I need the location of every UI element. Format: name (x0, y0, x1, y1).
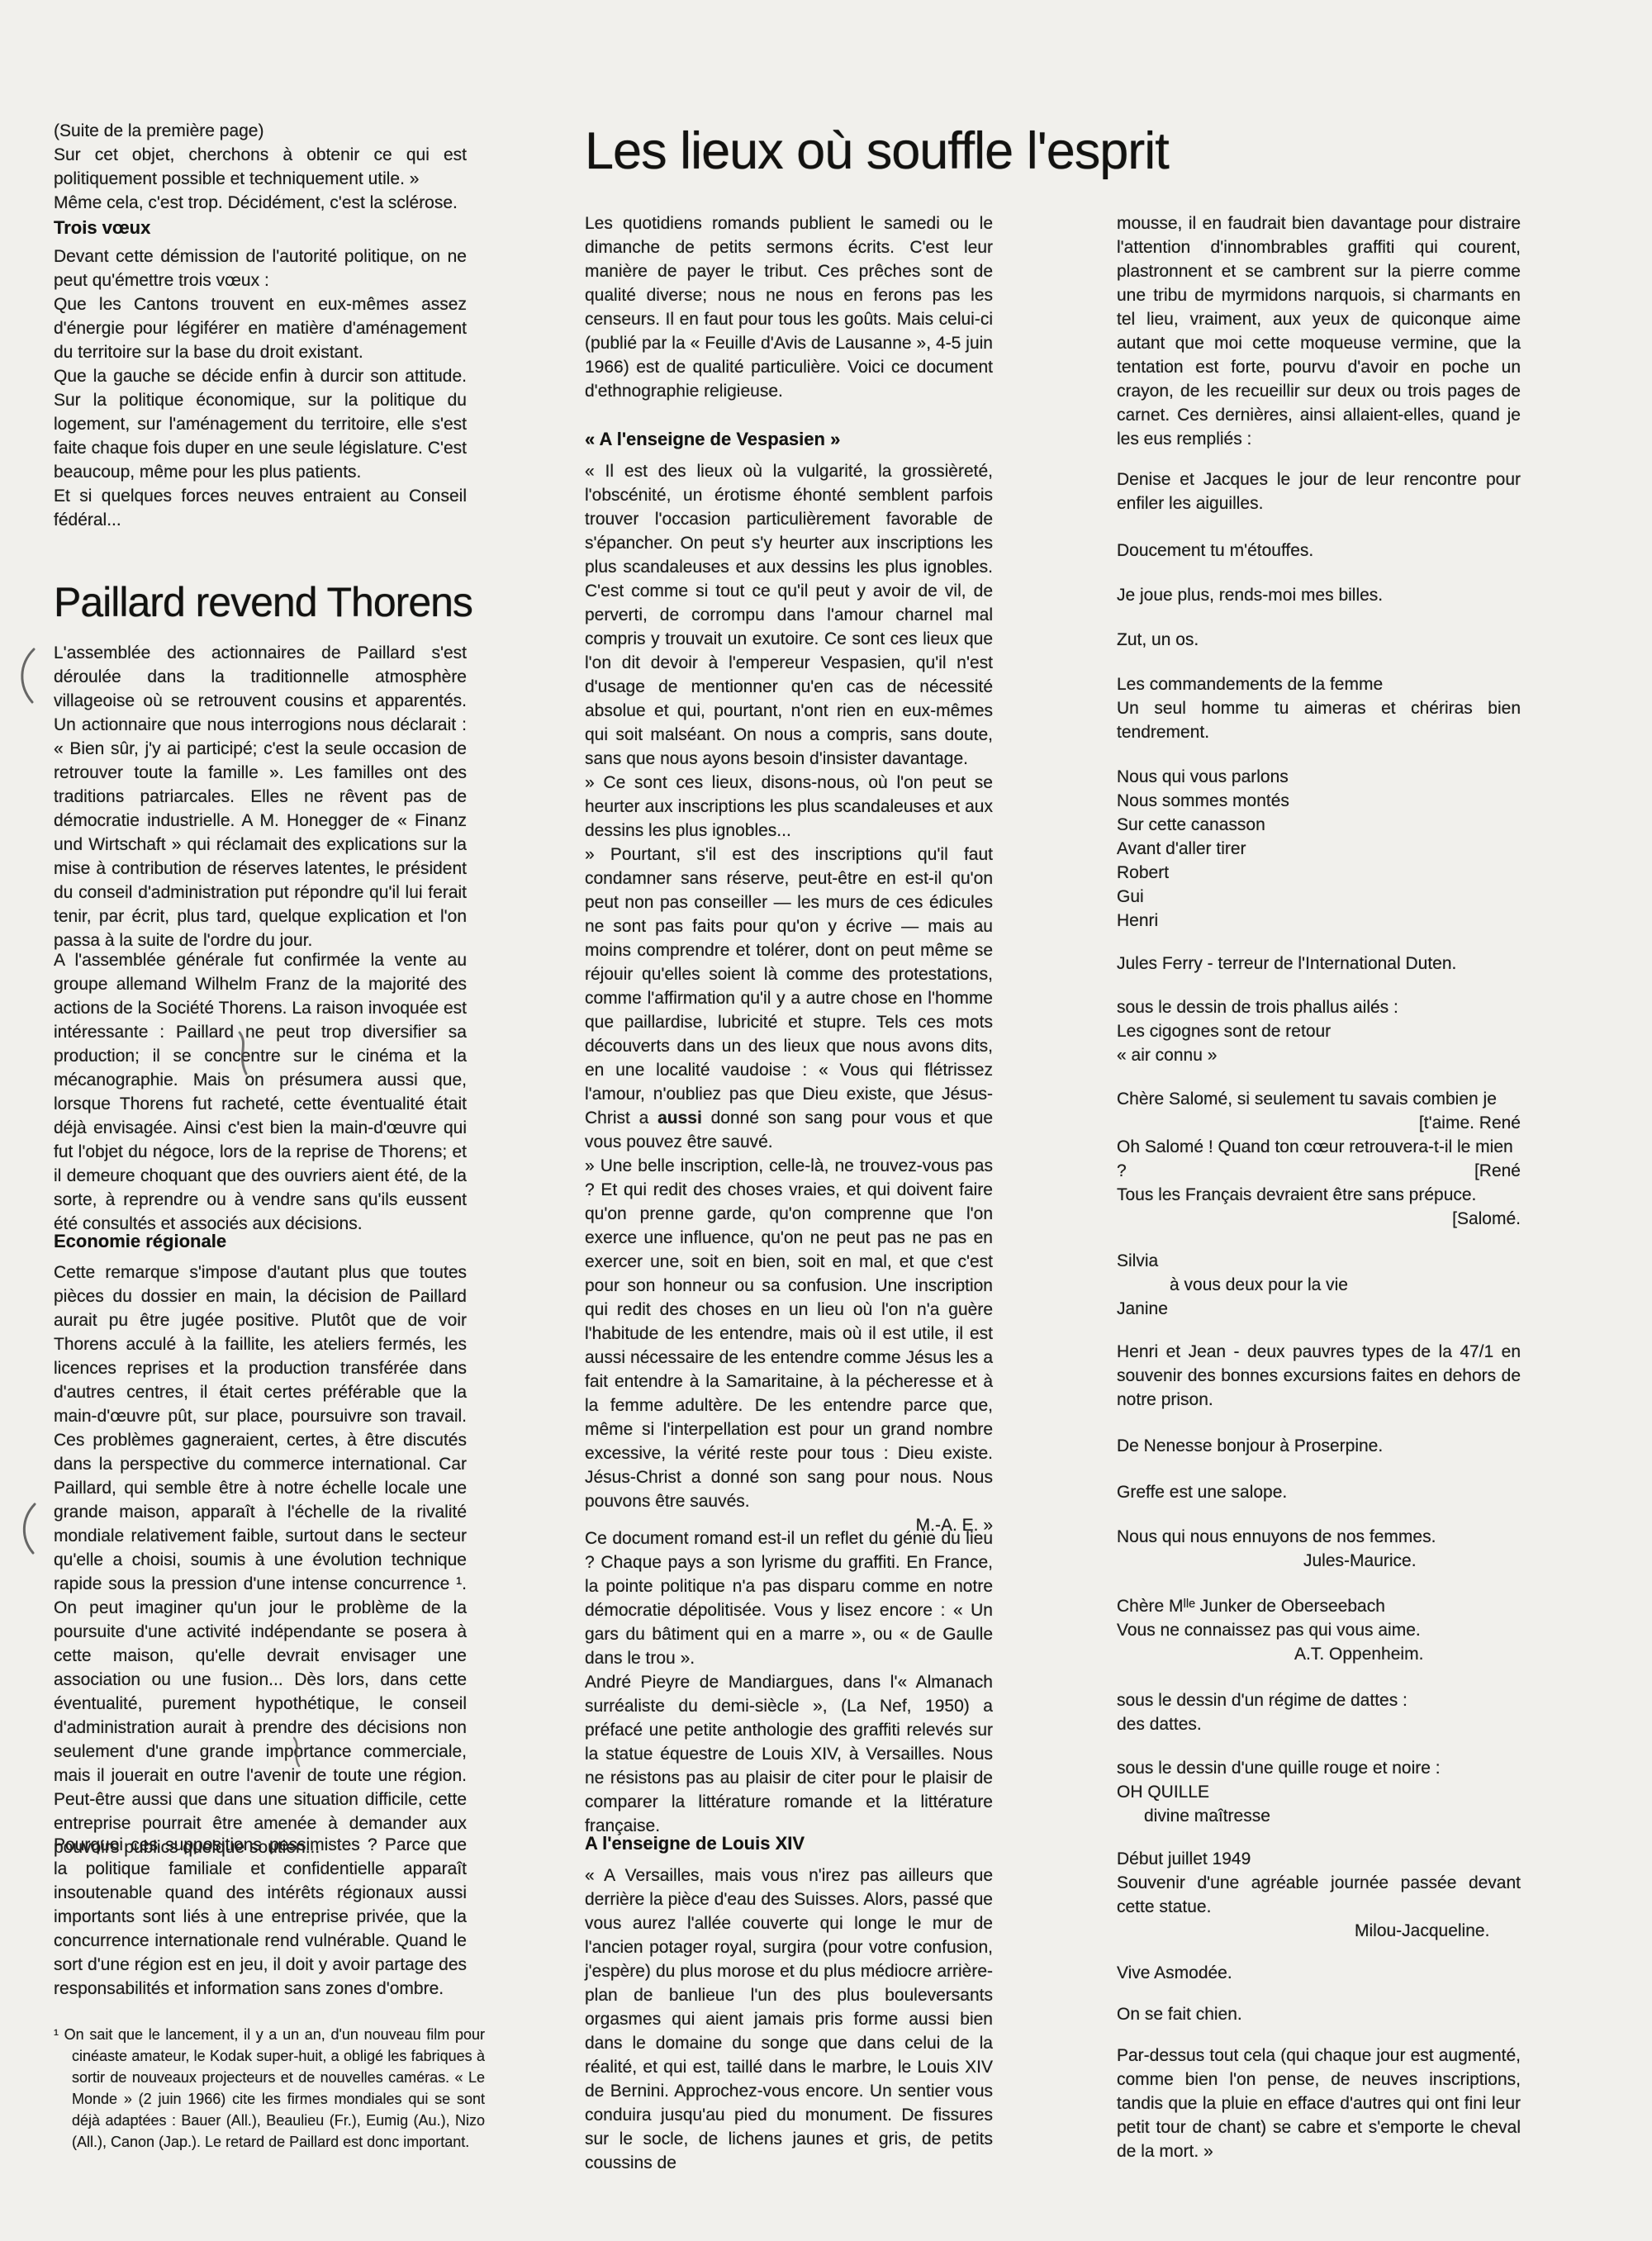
vespasien-para-3-bold: aussi (657, 1109, 702, 1128)
voeux-para-2: Que les Cantons trouvent en eux-mêmes as… (54, 292, 467, 364)
graffiti-zut: Zut, un os. (1117, 628, 1521, 652)
voeux-para-3: Que la gauche se décide enfin à durcir s… (54, 364, 467, 484)
document-romand-para: Ce document romand est-il un reflet du g… (585, 1526, 993, 1670)
graffiti-qui-vous-aime: Vous ne connaissez pas qui vous aime. (1117, 1618, 1521, 1642)
graffiti-intro-para: mousse, il en faudrait bien davantage po… (1117, 211, 1521, 451)
left-intro-para-1: Sur cet objet, cherchons à obtenir ce qu… (54, 143, 467, 191)
graffiti-cigognes: Les cigognes sont de retour (1117, 1019, 1521, 1043)
graffiti-oppenheim: A.T. Oppenheim. (1117, 1642, 1521, 1666)
graffiti-poeme-l3: Sur cette canasson (1117, 813, 1521, 837)
newspaper-page: (Suite de la première page) Sur cet obje… (0, 0, 1652, 2241)
graffiti-debut-juillet: Début juillet 1949 (1117, 1847, 1521, 1871)
graffiti-air-connu: « air connu » (1117, 1043, 1521, 1067)
graffiti-phallus-legende: sous le dessin de trois phallus ailés : (1117, 995, 1521, 1019)
lieux-intro: Les quotidiens romands publient le samed… (585, 211, 993, 403)
vespasien-para-3-pre: » Pourtant, s'il est des inscriptions qu… (585, 845, 993, 1128)
vespasien-para-1: « Il est des lieux où la vulgarité, la g… (585, 459, 993, 771)
headline-paillard: Paillard revend Thorens (54, 578, 467, 626)
pen-mark-squiggle-1 (235, 1031, 254, 1081)
graffiti-prepuce: Tous les Français devraient être sans pr… (1117, 1183, 1521, 1207)
pen-mark-squiggle-2 (291, 1736, 304, 1773)
graffiti-poeme-l4: Avant d'aller tirer (1117, 837, 1521, 861)
heading-economie-regionale: Economie régionale (54, 1230, 467, 1253)
heading-trois-voeux: Trois vœux (54, 216, 467, 240)
graffiti-commandements-texte: Un seul homme tu aimeras et chériras bie… (1117, 696, 1521, 744)
paillard-para-2: A l'assemblée générale fut confirmée la … (54, 948, 467, 1236)
graffiti-doucement: Doucement tu m'étouffes. (1117, 539, 1521, 563)
voeux-para-4: Et si quelques forces neuves entraient a… (54, 484, 467, 532)
graffiti-poeme-henri: Henri (1117, 909, 1521, 933)
graffiti-billes: Je joue plus, rends-moi mes billes. (1117, 583, 1521, 607)
graffiti-quille-legende: sous le dessin d'une quille rouge et noi… (1117, 1756, 1521, 1780)
graffiti-henri-jean: Henri et Jean - deux pauvres types de la… (1117, 1340, 1521, 1412)
graffiti-divine-maitresse: divine maîtresse (1117, 1804, 1521, 1828)
graffiti-poeme-l2: Nous sommes montés (1117, 789, 1521, 813)
footnote-kodak: ¹ On sait que le lancement, il y a un an… (54, 2024, 485, 2153)
graffiti-souvenir: Souvenir d'une agréable journée passée d… (1117, 1871, 1521, 1919)
paillard-para-1: L'assemblée des actionnaires de Paillard… (54, 641, 467, 952)
vespasien-para-2: » Ce sont ces lieux, disons-nous, où l'o… (585, 771, 993, 843)
graffiti-jules-maurice: Jules-Maurice. (1117, 1549, 1521, 1573)
graffiti-denise: Denise et Jacques le jour de leur rencon… (1117, 468, 1521, 515)
pen-mark-paren-2 (15, 1502, 40, 1560)
graffiti-oh-quille: OH QUILLE (1117, 1780, 1521, 1804)
vespasien-para-3: » Pourtant, s'il est des inscriptions qu… (585, 843, 993, 1154)
voeux-para-1: Devant cette démission de l'autorité pol… (54, 245, 467, 292)
graffiti-chere-salome: Chère Salomé, si seulement tu savais com… (1117, 1087, 1521, 1111)
graffiti-final-para: Par-dessus tout cela (qui chaque jour es… (1117, 2044, 1521, 2163)
pourquoi-para: Pourquoi ces suppositions pessimistes ? … (54, 1833, 467, 2001)
graffiti-des-dattes: des dattes. (1117, 1712, 1521, 1736)
heading-louis-xiv: A l'enseigne de Louis XIV (585, 1832, 993, 1855)
continuation-note: (Suite de la première page) (54, 119, 467, 143)
vespasien-para-4: » Une belle inscription, celle-là, ne tr… (585, 1154, 993, 1513)
right-column: mousse, il en faudrait bien davantage po… (1117, 0, 1521, 2241)
graffiti-greffe: Greffe est une salope. (1117, 1480, 1521, 1504)
economie-para: Cette remarque s'impose d'autant plus qu… (54, 1261, 467, 1859)
left-intro-para-2: Même cela, c'est trop. Décidément, c'est… (54, 191, 467, 215)
graffiti-a-vous-deux: à vous deux pour la vie (1117, 1273, 1521, 1297)
versailles-para: « A Versailles, mais vous n'irez pas ail… (585, 1864, 993, 2175)
graffiti-poeme-l1: Nous qui vous parlons (1117, 765, 1521, 789)
vespasien-body: « Il est des lieux où la vulgarité, la g… (585, 459, 993, 1537)
graffiti-nenesse: De Nenesse bonjour à Proserpine. (1117, 1434, 1521, 1458)
graffiti-jules-ferry: Jules Ferry - terreur de l'International… (1117, 952, 1521, 976)
graffiti-milou-jacqueline: Milou-Jacqueline. (1117, 1919, 1521, 1943)
graffiti-chien: On se fait chien. (1117, 2002, 1521, 2026)
headline-les-lieux: Les lieux où souffle l'esprit (585, 122, 993, 180)
pen-mark-paren-1 (13, 646, 38, 710)
graffiti-commandements-titre: Les commandements de la femme (1117, 672, 1521, 696)
left-column: (Suite de la première page) Sur cet obje… (54, 0, 467, 2241)
graffiti-salome-sig: [Salomé. (1117, 1207, 1521, 1231)
center-column: Les lieux où souffle l'esprit Les quotid… (585, 0, 993, 2241)
graffiti-janine: Janine (1117, 1297, 1521, 1321)
graffiti-asmodee: Vive Asmodée. (1117, 1961, 1521, 1985)
graffiti-ennuyons: Nous qui nous ennuyons de nos femmes. (1117, 1525, 1521, 1549)
graffiti-poeme-gui: Gui (1117, 885, 1521, 909)
graffiti-rene: [René (1117, 1159, 1521, 1183)
graffiti-dattes-legende: sous le dessin d'un régime de dattes : (1117, 1688, 1521, 1712)
graffiti-taime-rene: [t'aime. René (1117, 1111, 1521, 1135)
graffiti-junker: Chère Mˡˡᵉ Junker de Oberseebach (1117, 1594, 1521, 1618)
heading-vespasien: « A l'enseigne de Vespasien » (585, 428, 993, 451)
graffiti-silvia: Silvia (1117, 1249, 1521, 1273)
mandiargues-para: André Pieyre de Mandiargues, dans l'« Al… (585, 1670, 993, 1838)
graffiti-poeme-robert: Robert (1117, 861, 1521, 885)
